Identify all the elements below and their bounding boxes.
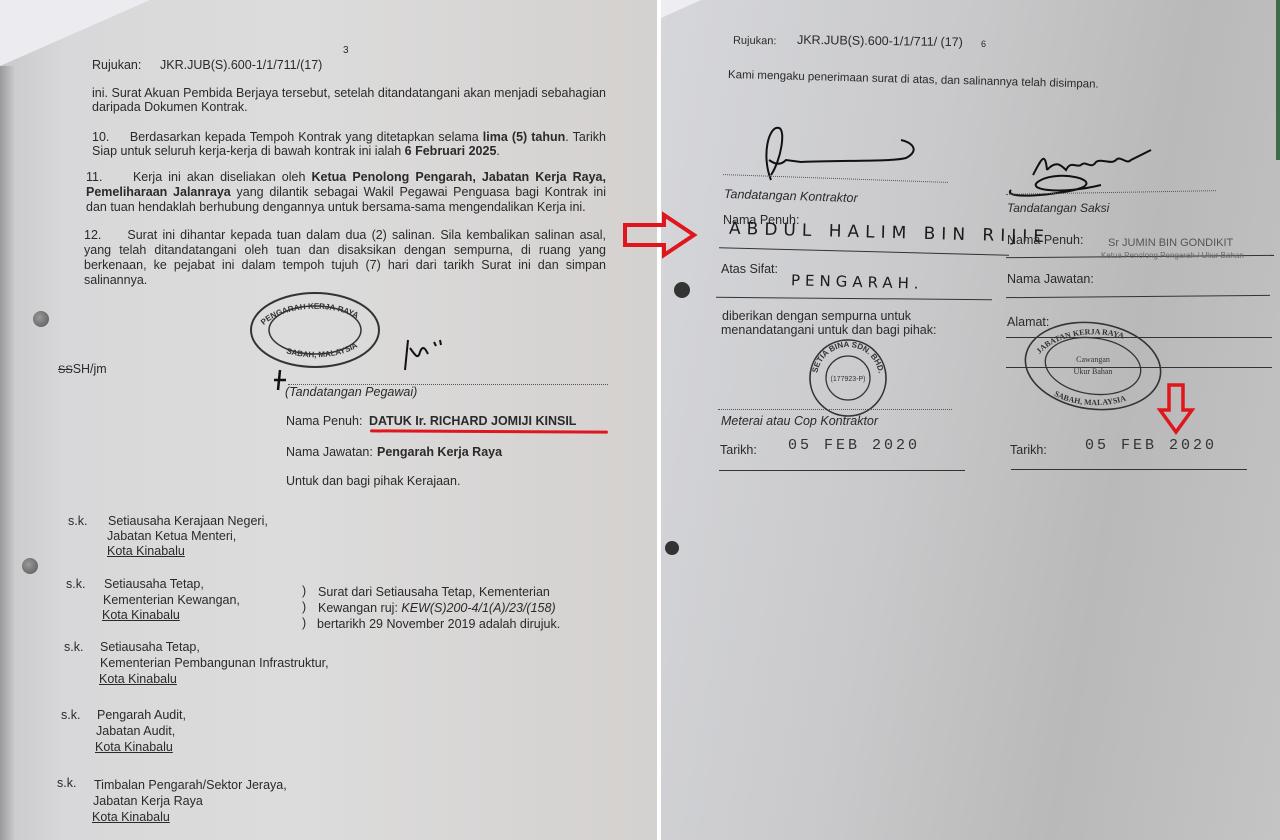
punch-hole <box>22 558 38 574</box>
svg-text:PENGARAH KERJA RAYA: PENGARAH KERJA RAYA <box>259 302 360 327</box>
completion-date: 6 Februari 2025 <box>405 144 497 158</box>
contractor-signature-caption: Tandatangan Kontraktor <box>724 187 858 205</box>
witness-signature <box>1001 140 1181 210</box>
para-number: 10. <box>92 130 109 144</box>
cc-recipient-line: Setiausaha Kerajaan Negeri, <box>108 514 268 528</box>
contractor-date-line <box>719 470 965 471</box>
contractor-signature <box>741 120 941 190</box>
witness-date-label: Tarikh: <box>1010 443 1047 457</box>
officer-full-name: DATUK Ir. RICHARD JOMIJI KINSIL <box>369 414 576 428</box>
department-stamp: JABATAN KERJA RAYA SABAH, MALAYSIA Cawan… <box>1021 318 1171 414</box>
cc-recipient-line: Jabatan Audit, <box>96 724 175 738</box>
struck-initials: SS <box>58 364 73 376</box>
cc-label: s.k. <box>61 708 80 722</box>
witness-date-line <box>1011 469 1247 470</box>
paragraph-ini: ini. Surat Akuan Pembida Berjaya tersebu… <box>92 86 606 114</box>
punch-hole <box>33 311 49 327</box>
reference-label: Rujukan: <box>733 34 777 49</box>
cc-recipient-city: Kota Kinabalu <box>92 810 170 824</box>
para-number: 12. <box>84 228 101 242</box>
stamp-middle-text: Cawangan <box>1076 355 1110 364</box>
witness-position-label: Nama Jawatan: <box>1007 272 1094 286</box>
contract-duration: lima (5) tahun <box>483 130 566 144</box>
page-edge-shadow <box>0 66 14 840</box>
witness-title: Ketua Penolong Pengarah / Ukur Bahan <box>1101 249 1244 263</box>
signature-caption: (Tandatangan Pegawai) <box>285 385 417 399</box>
cc-recipient-city: Kota Kinabalu <box>107 544 185 558</box>
paragraph-11: 11. Kerja ini akan diseliakan oleh Ketua… <box>86 170 606 215</box>
punch-hole <box>674 282 690 298</box>
cc-note-line: bertarikh 29 November 2019 adalah diruju… <box>317 617 560 631</box>
right-acknowledgement-page: Rujukan: JKR.JUB(S).600-1/1/711/ (17) 6 … <box>661 0 1280 840</box>
contractor-full-name: ABDUL HALIM BIN RIJIE <box>729 222 1050 244</box>
official-signature <box>260 330 480 390</box>
cc-recipient-line: Pengarah Audit, <box>97 708 186 722</box>
cc-label: s.k. <box>64 640 83 654</box>
reference-number: JKR.JUB(S).600-1/1/711/(17) <box>160 58 322 72</box>
contractor-capacity: PENGARAH. <box>791 273 924 290</box>
contractor-name-line <box>719 247 1009 256</box>
reference-label: Rujukan: <box>92 58 141 72</box>
officer-position: Pengarah Kerja Raya <box>377 445 502 459</box>
paragraph-12: 12. Surat ini dihantar kepada tuan dalam… <box>84 228 606 288</box>
cc-recipient-line: Kementerian Kewangan, <box>103 593 240 607</box>
cc-note-line: Surat dari Setiausaha Tetap, Kementerian <box>318 585 550 599</box>
svg-text:SABAH, MALAYSIA: SABAH, MALAYSIA <box>1053 389 1127 407</box>
cc-recipient-line: Timbalan Pengarah/Sektor Jeraya, <box>94 778 287 792</box>
arrow-right-icon <box>622 212 702 258</box>
seal-ring-text: SETIA BINA SDN. BHD. <box>810 340 885 374</box>
capacity-line <box>716 297 992 300</box>
witness-name-label: Nama Penuh: <box>1007 233 1083 247</box>
left-letter-page: Rujukan: JKR.JUB(S).600-1/1/711/(17) 3 i… <box>0 0 657 840</box>
cc-recipient-line: Jabatan Kerja Raya <box>93 794 203 808</box>
cc-recipient-city: Kota Kinabalu <box>95 740 173 754</box>
punch-hole <box>665 541 679 555</box>
cc-note-line: Kewangan ruj: KEW(S)200-4/1(A)/23/(158) <box>318 601 556 615</box>
cc-note-reference: KEW(S)200-4/1(A)/23/(158) <box>401 601 555 615</box>
contractor-date-label: Tarikh: <box>720 443 757 457</box>
cc-recipient-city: Kota Kinabalu <box>102 608 180 622</box>
on-behalf-text: Untuk dan bagi pihak Kerajaan. <box>286 474 460 488</box>
cc-note-bracket: ) <box>302 600 306 614</box>
background-edge <box>1276 0 1280 160</box>
page-fold-corner <box>0 0 150 66</box>
red-underline-annotation <box>370 429 608 433</box>
seal-center-text: (177923-P) <box>830 376 865 383</box>
position-label: Nama Jawatan: <box>286 445 373 459</box>
cc-recipient-line: Setiausaha Tetap, <box>100 640 200 654</box>
cc-label: s.k. <box>66 577 85 591</box>
contractor-date: 05 FEB 2020 <box>788 439 920 453</box>
paragraph-10: 10. Berdasarkan kepada Tempoh Kontrak ya… <box>92 130 606 158</box>
para-text: . <box>496 144 499 158</box>
acknowledgement-text: Kami mengaku penerimaan surat di atas, d… <box>728 68 1099 92</box>
cc-label: s.k. <box>57 776 76 790</box>
para-text: Kerja ini akan diseliakan oleh <box>133 170 312 184</box>
svg-text:SETIA BINA SDN. BHD.: SETIA BINA SDN. BHD. <box>810 340 885 374</box>
cc-recipient-line: Kementerian Pembangunan Infrastruktur, <box>100 656 329 670</box>
para-text: Surat ini dihantar kepada tuan dalam dua… <box>84 228 606 287</box>
seal-caption: Meterai atau Cop Kontraktor <box>721 414 878 428</box>
reference-number: JKR.JUB(S).600-1/1/711/ (17) <box>797 33 963 49</box>
stamp-bottom-text: SABAH, MALAYSIA <box>1053 389 1127 407</box>
seal-line <box>718 409 952 410</box>
initials-reference: SSSH/jm <box>58 362 107 377</box>
para-text: Berdasarkan kepada Tempoh Kontrak yang d… <box>130 130 483 144</box>
initials: SH/jm <box>73 362 107 376</box>
witness-full-name: Sr JUMIN BIN GONDIKIT <box>1108 236 1233 250</box>
stamp-middle-text: Ukur Bahan <box>1074 367 1113 376</box>
authorization-text: diberikan dengan sempurna untuk <box>722 309 911 323</box>
cc-recipient-city: Kota Kinabalu <box>99 672 177 686</box>
cc-note-text: Kewangan ruj: <box>318 601 401 615</box>
page-fold-corner <box>661 0 701 18</box>
cc-label: s.k. <box>68 514 87 528</box>
witness-position-line <box>1006 295 1270 298</box>
capacity-label: Atas Sifat: <box>721 262 778 276</box>
cc-note-bracket: ) <box>302 616 306 630</box>
page-number: 3 <box>343 44 349 58</box>
arrow-down-icon <box>1157 382 1197 438</box>
page-number: 6 <box>981 37 986 51</box>
witness-signature-caption: Tandatangan Saksi <box>1007 201 1109 215</box>
authorization-text: menandatangani untuk dan bagi pihak: <box>721 323 936 337</box>
full-name-label: Nama Penuh: <box>286 414 362 428</box>
witness-date: 05 FEB 2020 <box>1085 439 1217 453</box>
stamp-top-text: PENGARAH KERJA RAYA <box>259 302 360 327</box>
contractor-seal: SETIA BINA SDN. BHD. (177923-P) <box>807 338 893 420</box>
cc-recipient-line: Setiausaha Tetap, <box>104 577 204 591</box>
para-number: 11. <box>86 170 102 184</box>
cc-note-bracket: ) <box>302 584 306 598</box>
cc-recipient-line: Jabatan Ketua Menteri, <box>107 529 236 543</box>
